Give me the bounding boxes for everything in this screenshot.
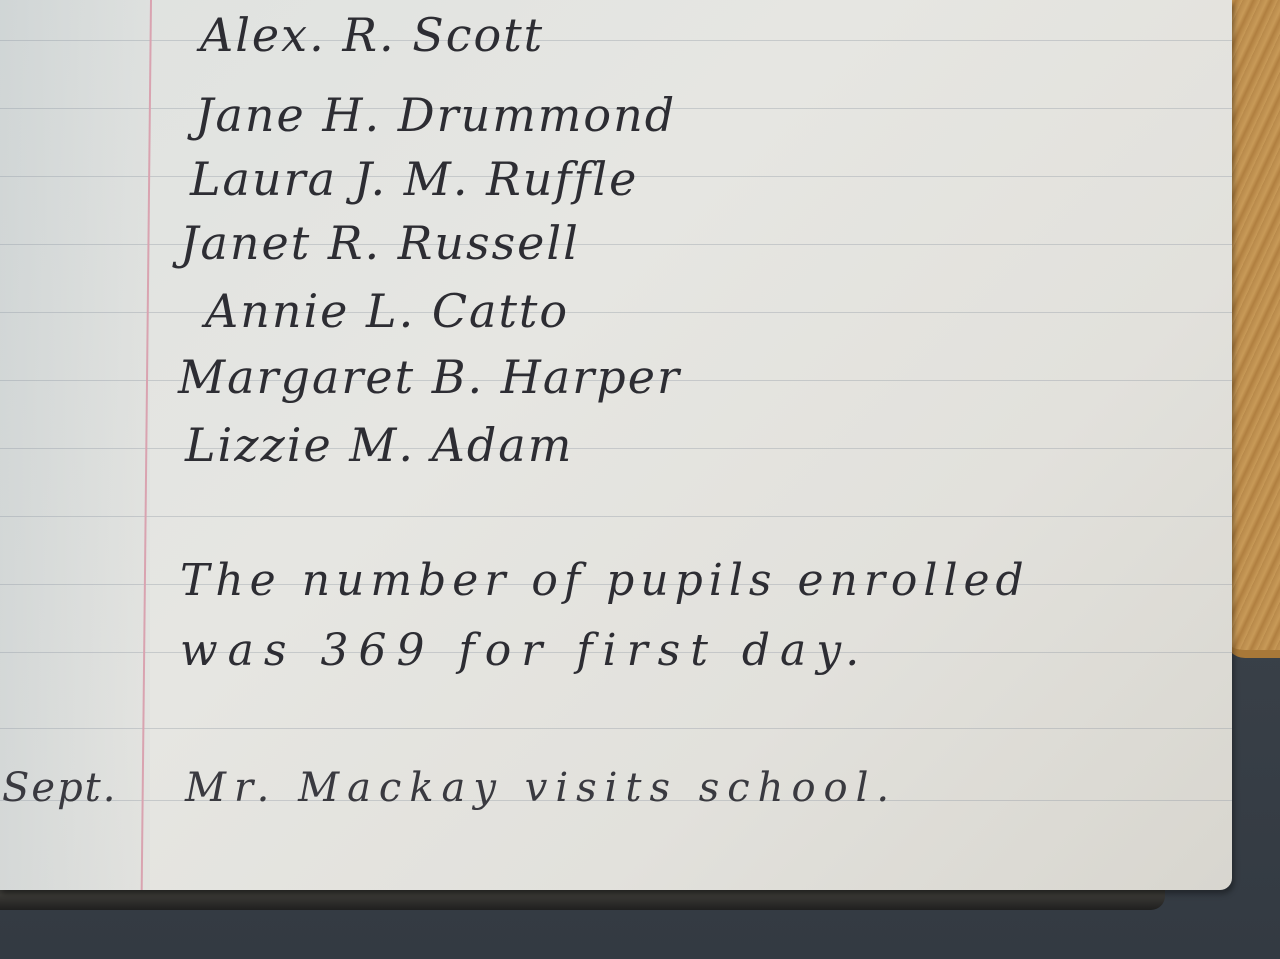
photo-scene: Alex. R. Scott Jane H. Drummond Laura J.…	[0, 0, 1280, 959]
name-entry: Alex. R. Scott	[200, 8, 544, 62]
enrollment-note-line1: The number of pupils enrolled	[180, 555, 1030, 606]
visit-note: Mr. Mackay visits school.	[185, 765, 897, 811]
name-entry: Margaret B. Harper	[178, 350, 681, 404]
name-entry: Janet R. Russell	[180, 216, 580, 270]
name-entry: Annie L. Catto	[205, 284, 569, 338]
enrollment-note-line2: was 369 for first day.	[180, 625, 869, 676]
ruled-line	[0, 516, 1232, 517]
ruled-line	[0, 40, 1232, 41]
wooden-table-edge	[1225, 0, 1280, 658]
page-shadow	[0, 0, 150, 890]
margin-date: Sept.	[2, 765, 117, 811]
name-entry: Lizzie M. Adam	[185, 418, 573, 472]
name-entry: Laura J. M. Ruffle	[190, 152, 638, 206]
ruled-line	[0, 312, 1232, 313]
logbook-page: Alex. R. Scott Jane H. Drummond Laura J.…	[0, 0, 1232, 890]
ruled-line	[0, 728, 1232, 729]
name-entry: Jane H. Drummond	[195, 88, 676, 142]
